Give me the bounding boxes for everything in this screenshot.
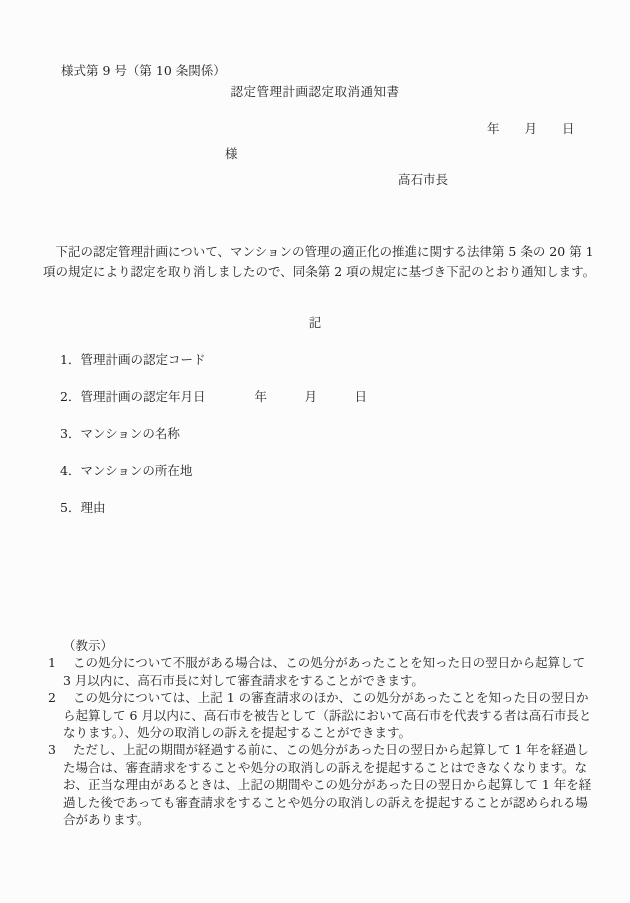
appeal-item-text: この処分については、上記 1 の審査請求のほか、この処分があったことを知った日の… bbox=[63, 689, 594, 741]
list-item-date-blanks: 年 月 日 bbox=[254, 389, 367, 404]
addressee-honorific: 様 bbox=[225, 145, 238, 163]
appeal-item-text: この処分について不服がある場合は、この処分があったことを知った日の翌日から起算し… bbox=[63, 654, 594, 689]
list-item-reason: 5．理由 bbox=[60, 500, 105, 515]
form-number: 様式第 9 号（第 10 条関係） bbox=[61, 62, 226, 80]
list-item-label: 3．マンションの名称 bbox=[60, 426, 180, 441]
document-title: 認定管理計画認定取消通知書 bbox=[0, 83, 630, 101]
list-item-label: 1．管理計画の認定コード bbox=[60, 352, 205, 367]
list-item-mansion-name: 3．マンションの名称 bbox=[60, 426, 180, 441]
appeal-item-number: 1 bbox=[48, 654, 56, 671]
issue-date-line: 年 月 日 bbox=[487, 120, 575, 138]
appeal-item-number: 3 bbox=[48, 741, 56, 758]
appeal-instruction-item: 2 この処分については、上記 1 の審査請求のほか、この処分があったことを知った… bbox=[48, 689, 594, 741]
appeal-instruction-item: 3 ただし、上記の期間が経過する前に、この処分があった日の翌日から起算して 1 … bbox=[48, 741, 594, 828]
section-marker-ki: 記 bbox=[0, 314, 630, 332]
list-item-mansion-address: 4．マンションの所在地 bbox=[60, 463, 192, 478]
sender-mayor-name: 高石市長 bbox=[398, 171, 448, 189]
appeal-instructions-section: （教示） 1 この処分について不服がある場合は、この処分があったことを知った日の… bbox=[48, 637, 594, 828]
body-paragraph: 下記の認定管理計画について、マンションの管理の適正化の推進に関する法律第 5 条… bbox=[43, 242, 603, 282]
notice-document-page: 様式第 9 号（第 10 条関係） 認定管理計画認定取消通知書 年 月 日 様 … bbox=[0, 0, 630, 903]
appeal-item-number: 2 bbox=[48, 689, 56, 706]
list-item-label: 4．マンションの所在地 bbox=[60, 463, 192, 478]
appeal-item-text: ただし、上記の期間が経過する前に、この処分があった日の翌日から起算して 1 年を… bbox=[63, 741, 594, 828]
list-item-label: 2．管理計画の認定年月日 bbox=[60, 389, 205, 404]
appeal-instructions-heading: （教示） bbox=[63, 637, 594, 654]
list-item-certification-date: 2．管理計画の認定年月日年 月 日 bbox=[60, 389, 367, 404]
list-item-label: 5．理由 bbox=[60, 500, 105, 515]
list-item-certification-code: 1．管理計画の認定コード bbox=[60, 352, 205, 367]
appeal-instruction-item: 1 この処分について不服がある場合は、この処分があったことを知った日の翌日から起… bbox=[48, 654, 594, 689]
